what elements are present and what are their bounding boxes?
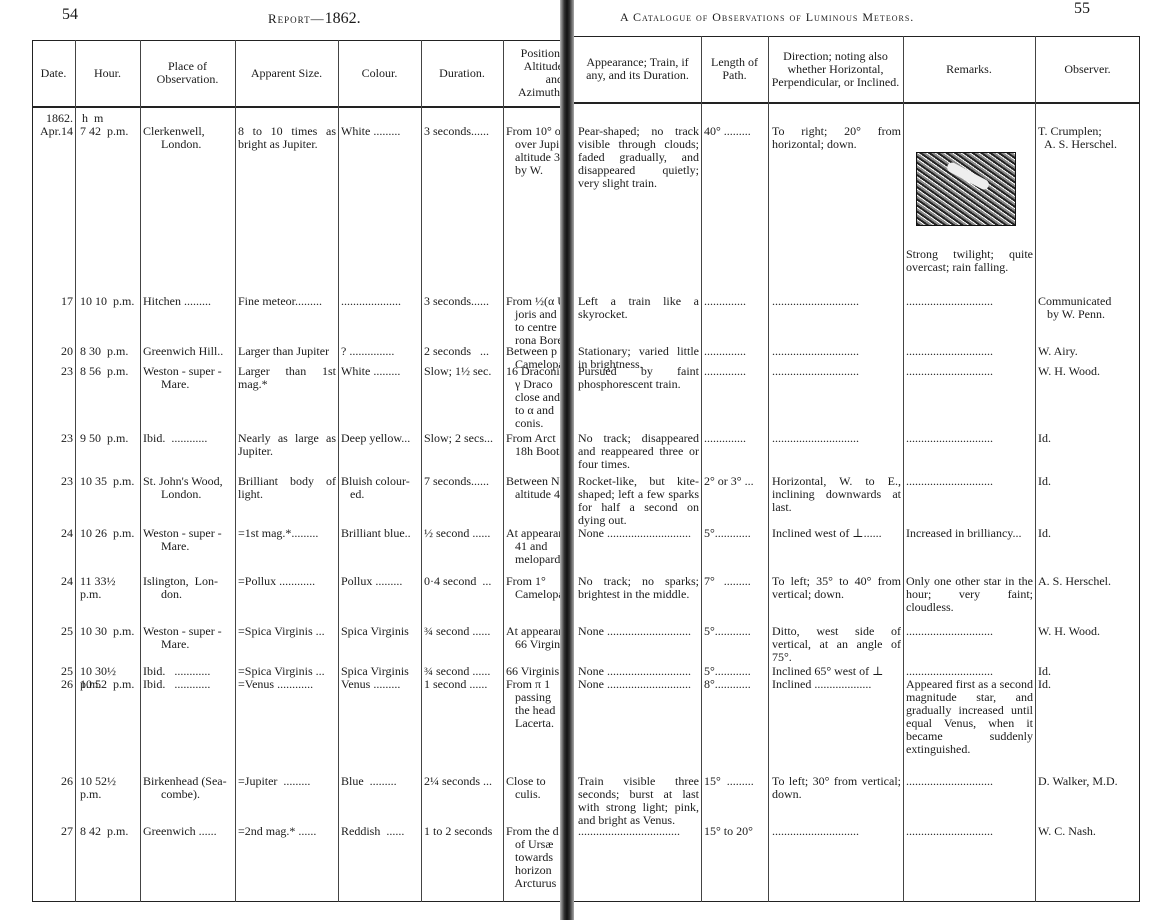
cell-place: Islington, Lon- don. bbox=[141, 575, 235, 601]
cell-direction: To right; 20° from horizontal; down. bbox=[770, 125, 903, 151]
cell-observer: A. S. Herschel. bbox=[1036, 575, 1140, 588]
cell-size: =Jupiter ......... bbox=[236, 775, 338, 788]
cell-observer: D. Walker, M.D. bbox=[1036, 775, 1140, 788]
cell-date: 23 bbox=[32, 475, 75, 488]
cell-remarks: Increased in brilliancy... bbox=[904, 527, 1035, 540]
cell-position: From π 1 passing the head Lacerta. bbox=[504, 678, 564, 730]
col-rule bbox=[1035, 36, 1036, 902]
table-frame-left bbox=[32, 40, 566, 902]
cell-colour: Reddish ...... bbox=[339, 825, 421, 838]
cell-length: 8°............ bbox=[702, 678, 768, 691]
cell-duration: Slow; 2 secs... bbox=[422, 432, 503, 445]
header-duration: Duration. bbox=[421, 40, 503, 106]
cell-hour: 10 52 p.m. bbox=[78, 678, 140, 691]
cell-duration: ½ second ...... bbox=[422, 527, 503, 540]
cell-hour: 10 35 p.m. bbox=[78, 475, 140, 488]
cell-direction: ............................. bbox=[770, 825, 903, 838]
cell-length: 5°............ bbox=[702, 527, 768, 540]
cell-length: .............. bbox=[702, 295, 768, 308]
cell-observer: Id. bbox=[1036, 475, 1140, 488]
header-rule-right bbox=[566, 102, 1140, 104]
cell-date: 26 bbox=[32, 678, 75, 691]
cell-place: Greenwich ...... bbox=[141, 825, 235, 838]
cell-duration: 2¼ seconds ... bbox=[422, 775, 503, 788]
cell-observer: W. H. Wood. bbox=[1036, 365, 1140, 378]
cell-place: Birkenhead (Sea- combe). bbox=[141, 775, 235, 801]
cell-length: 5°............ bbox=[702, 625, 768, 638]
cell-length: .............. bbox=[702, 432, 768, 445]
cell-appearance: None ............................ bbox=[576, 678, 701, 691]
cell-hour: 10 52½ p.m. bbox=[78, 775, 140, 801]
cell-colour: Brilliant blue.. bbox=[339, 527, 421, 540]
cell-size: =Venus ............ bbox=[236, 678, 338, 691]
cell-appearance: Pear-shaped; no track visible through cl… bbox=[576, 125, 701, 190]
cell-size: Brilliant body of light. bbox=[236, 475, 338, 501]
cell-hour: 10 30 p.m. bbox=[78, 625, 140, 638]
cell-direction: Horizontal, W. to E., inclining downward… bbox=[770, 475, 903, 514]
cell-length: 15° ......... bbox=[702, 775, 768, 788]
cell-appearance: None ............................ bbox=[576, 527, 701, 540]
cell-direction: ............................. bbox=[770, 432, 903, 445]
cell-duration: 1 to 2 seconds bbox=[422, 825, 503, 838]
cell-position: From Arct 18h Boots bbox=[504, 432, 564, 458]
woodcut-illustration bbox=[916, 152, 1016, 226]
cell-observer: Id. bbox=[1036, 665, 1140, 678]
cell-place: Ibid. ............ bbox=[141, 432, 235, 445]
cell-date: 25 bbox=[32, 625, 75, 638]
cell-observer: T. Crumplen; A. S. Herschel. bbox=[1036, 125, 1140, 151]
cell-observer: W. H. Wood. bbox=[1036, 625, 1140, 638]
header-length-of-path: Length of Path. bbox=[701, 36, 768, 102]
cell-position: From the d of Ursæ towards horizon Arctu… bbox=[504, 825, 564, 890]
cell-direction: Ditto, west side of vertical, at an angl… bbox=[770, 625, 903, 664]
cell-size: =Pollux ............ bbox=[236, 575, 338, 588]
cell-position: Close to culis. bbox=[504, 775, 564, 801]
cell-remarks: ............................. bbox=[904, 345, 1035, 358]
book-gutter bbox=[560, 0, 574, 920]
cell-duration: 1 second ...... bbox=[422, 678, 503, 691]
cell-position: At appearan 66 Virgin bbox=[504, 625, 564, 651]
cell-appearance: Rocket-like, but kite-shaped; left a few… bbox=[576, 475, 701, 527]
col-rule bbox=[235, 40, 236, 902]
cell-colour: ? ............... bbox=[339, 345, 421, 358]
cell-direction: ............................. bbox=[770, 365, 903, 378]
cell-remarks: ............................. bbox=[904, 625, 1035, 638]
col-rule bbox=[421, 40, 422, 902]
cell-hour: 8 30 p.m. bbox=[78, 345, 140, 358]
cell-length: 7° ......... bbox=[702, 575, 768, 588]
cell-hour: 9 50 p.m. bbox=[78, 432, 140, 445]
cell-size: Fine meteor......... bbox=[236, 295, 338, 308]
cell-appearance: Left a train like a skyrocket. bbox=[576, 295, 701, 321]
cell-place: Weston - super - Mare. bbox=[141, 625, 235, 651]
cell-place: Weston - super - Mare. bbox=[141, 527, 235, 553]
cell-position: From 1° Camelopa bbox=[504, 575, 564, 601]
cell-direction: Inclined west of ⊥...... bbox=[770, 527, 903, 540]
cell-colour: White ......... bbox=[339, 365, 421, 378]
cell-date: 24 bbox=[32, 575, 75, 588]
cell-direction: ............................. bbox=[770, 345, 903, 358]
cell-date: Apr.14 bbox=[32, 125, 75, 138]
running-head-title: Report— bbox=[268, 11, 325, 26]
cell-hour: 10 26 p.m. bbox=[78, 527, 140, 540]
running-head-left: Report—1862. bbox=[268, 10, 361, 28]
page-number-right: 55 bbox=[1074, 0, 1090, 18]
header-appearance: Appearance; Train, if any, and its Durat… bbox=[574, 36, 701, 102]
cell-date: 24 bbox=[32, 527, 75, 540]
cell-place: Hitchen ......... bbox=[141, 295, 235, 308]
cell-observer: W. C. Nash. bbox=[1036, 825, 1140, 838]
cell-place: Weston - super - Mare. bbox=[141, 365, 235, 391]
cell-colour: Blue ......... bbox=[339, 775, 421, 788]
cell-place: Clerkenwell, London. bbox=[141, 125, 235, 151]
cell-date: 27 bbox=[32, 825, 75, 838]
col-rule bbox=[140, 40, 141, 902]
running-head-year: 1862. bbox=[325, 10, 361, 27]
cell-date: 20 bbox=[32, 345, 75, 358]
cell-length: 15° to 20° bbox=[702, 825, 768, 838]
cell-position: 66 Virginis bbox=[504, 665, 564, 678]
cell-observer: Communicated by W. Penn. bbox=[1036, 295, 1140, 321]
cell-colour: .................... bbox=[339, 295, 421, 308]
cell-position: 16 Draconis γ Draco close and p to α and… bbox=[504, 365, 564, 430]
cell-colour: Spica Virginis bbox=[339, 625, 421, 638]
cell-position: Between N. altitude 4 bbox=[504, 475, 564, 501]
cell-size: =2nd mag.* ...... bbox=[236, 825, 338, 838]
cell-length: 40° ......... bbox=[702, 125, 768, 138]
cell-length: .............. bbox=[702, 365, 768, 378]
cell-size: Larger than Jupiter bbox=[236, 345, 338, 358]
cell-hour: 10 10 p.m. bbox=[78, 295, 140, 308]
header-position: Position, Altitude and Azimuth. bbox=[503, 40, 565, 106]
cell-duration: 7 seconds...... bbox=[422, 475, 503, 488]
cell-observer: Id. bbox=[1036, 432, 1140, 445]
header-date: Date. bbox=[32, 40, 75, 106]
cell-colour: Deep yellow... bbox=[339, 432, 421, 445]
header-apparent-size: Apparent Size. bbox=[235, 40, 338, 106]
cell-size: =Spica Virginis ... bbox=[236, 625, 338, 638]
cell-size: Larger than 1st mag.* bbox=[236, 365, 338, 391]
cell-hour: 7 42 p.m. bbox=[78, 125, 140, 138]
cell-remarks: Only one other star in the hour; very fa… bbox=[904, 575, 1035, 614]
cell-appearance: .................................. bbox=[576, 825, 701, 838]
cell-date: 17 bbox=[32, 295, 75, 308]
cell-duration: ¾ second ...... bbox=[422, 625, 503, 638]
cell-date: 23 bbox=[32, 365, 75, 378]
cell-size: =1st mag.*......... bbox=[236, 527, 338, 540]
cell-remarks: ............................. bbox=[904, 295, 1035, 308]
cell-colour: White ......... bbox=[339, 125, 421, 138]
cell-date: 26 bbox=[32, 775, 75, 788]
cell-hour: 8 56 p.m. bbox=[78, 365, 140, 378]
header-direction: Direction; noting also whether Horizonta… bbox=[768, 36, 903, 102]
cell-position: At appearan 41 and melopardi bbox=[504, 527, 564, 566]
cell-remarks: ............................. bbox=[904, 775, 1035, 788]
col-rule bbox=[338, 40, 339, 902]
cell-place: Ibid. ............ bbox=[141, 678, 235, 691]
cell-duration: 3 seconds...... bbox=[422, 295, 503, 308]
cell-observer: W. Airy. bbox=[1036, 345, 1140, 358]
cell-duration: 3 seconds...... bbox=[422, 125, 503, 138]
cell-remarks: Appeared first as a second magnitude sta… bbox=[904, 678, 1035, 756]
cell-place: Greenwich Hill.. bbox=[141, 345, 235, 358]
cell-hour: 11 33½ p.m. bbox=[78, 575, 140, 601]
header-hour: Hour. bbox=[75, 40, 140, 106]
cell-duration: 0·4 second ... bbox=[422, 575, 503, 588]
cell-place: St. John's Wood, London. bbox=[141, 475, 235, 501]
cell-colour: Bluish colour- ed. bbox=[339, 475, 421, 501]
cell-direction: Inclined ................... bbox=[770, 678, 903, 691]
cell-colour: Venus ......... bbox=[339, 678, 421, 691]
page-number-left: 54 bbox=[62, 6, 78, 24]
cell-appearance: Pursued by faint phosphorescent train. bbox=[576, 365, 701, 391]
cell-direction: ............................. bbox=[770, 295, 903, 308]
cell-appearance: No track; disappeared and reappeared thr… bbox=[576, 432, 701, 471]
cell-duration: 2 seconds ... bbox=[422, 345, 503, 358]
cell-size: Nearly as large as Jupiter. bbox=[236, 432, 338, 458]
header-colour: Colour. bbox=[338, 40, 421, 106]
cell-colour: Pollux ......... bbox=[339, 575, 421, 588]
col-rule bbox=[903, 36, 904, 902]
cell-appearance: Train visible three seconds; burst at la… bbox=[576, 775, 701, 827]
cell-hour: 8 42 p.m. bbox=[78, 825, 140, 838]
cell-direction: To left; 30° from vertical; down. bbox=[770, 775, 903, 801]
cell-observer: Id. bbox=[1036, 678, 1140, 691]
cell-date: 23 bbox=[32, 432, 75, 445]
cell-remarks: Strong twilight; quite overcast; rain fa… bbox=[904, 248, 1035, 274]
header-remarks: Remarks. bbox=[903, 36, 1035, 102]
header-observer: Observer. bbox=[1035, 36, 1140, 102]
cell-position: From ½(α Ur joris and P to centre rona B… bbox=[504, 295, 564, 347]
cell-remarks: ............................. bbox=[904, 432, 1035, 445]
cell-remarks: ............................. bbox=[904, 475, 1035, 488]
cell-length: .............. bbox=[702, 345, 768, 358]
header-rule-left bbox=[32, 106, 566, 108]
cell-appearance: No track; no sparks; brightest in the mi… bbox=[576, 575, 701, 601]
cell-remarks: ............................. bbox=[904, 825, 1035, 838]
cell-duration: Slow; 1½ sec. bbox=[422, 365, 503, 378]
cell-length: 2° or 3° ... bbox=[702, 475, 768, 488]
col-rule bbox=[75, 40, 76, 902]
cell-remarks: ............................. bbox=[904, 365, 1035, 378]
header-place: Place of Observation. bbox=[140, 40, 235, 106]
cell-size: 8 to 10 times as bright as Jupiter. bbox=[236, 125, 338, 151]
cell-direction: To left; 35° to 40° from vertical; down. bbox=[770, 575, 903, 601]
cell-appearance: None ............................ bbox=[576, 625, 701, 638]
col-rule bbox=[768, 36, 769, 902]
cell-position: From 10° o over Jupi altitude 3 by W. bbox=[504, 125, 564, 177]
running-head-right: A Catalogue of Observations of Luminous … bbox=[620, 10, 914, 25]
cell-observer: Id. bbox=[1036, 527, 1140, 540]
